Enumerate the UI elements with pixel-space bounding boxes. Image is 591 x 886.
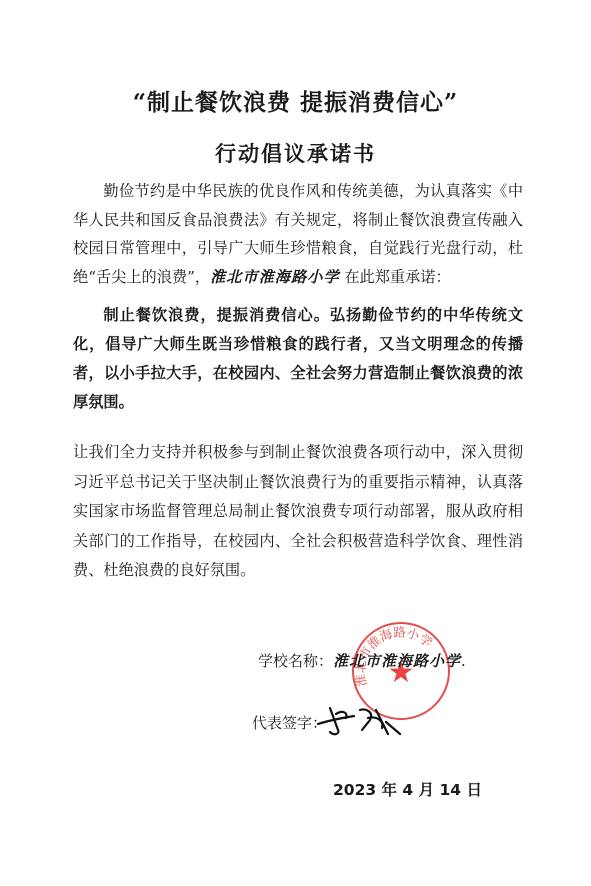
paragraph-action: 让我们全力支持并积极参与到制止餐饮浪费各项行动中，深入贯彻习近平总书记关于坚决制…: [73, 438, 523, 586]
document-date: 2023 年 4 月 14 日: [333, 778, 482, 800]
school-name-handwritten: 淮北市淮海路小学: [210, 268, 340, 286]
document-page: “制止餐饮浪费 提振消费信心” 行动倡议承诺书 勤俭节约是中华民族的优良作风和传…: [0, 0, 591, 886]
document-subtitle: 行动倡议承诺书: [0, 138, 591, 168]
paragraph-intro: 勤俭节约是中华民族的优良作风和传统美德，为认真落实《中华人民共和国反食品浪费法》…: [73, 177, 523, 291]
paragraph-pledge: 制止餐饮浪费，提振消费信心。弘扬勤俭节约的中华传统文化，倡导广大师生既当珍惜粮食…: [73, 301, 523, 417]
document-title: “制止餐饮浪费 提振消费信心”: [0, 84, 591, 117]
school-name-row: 学校名称：淮北市淮海路小学.: [258, 650, 466, 671]
school-label: 学校名称：: [258, 652, 333, 670]
school-name: 淮北市淮海路小学: [333, 652, 461, 670]
school-trailing: .: [461, 652, 466, 670]
intro-text-end: 在此郑重承诺：: [340, 268, 451, 286]
handwritten-signature: [316, 700, 406, 740]
